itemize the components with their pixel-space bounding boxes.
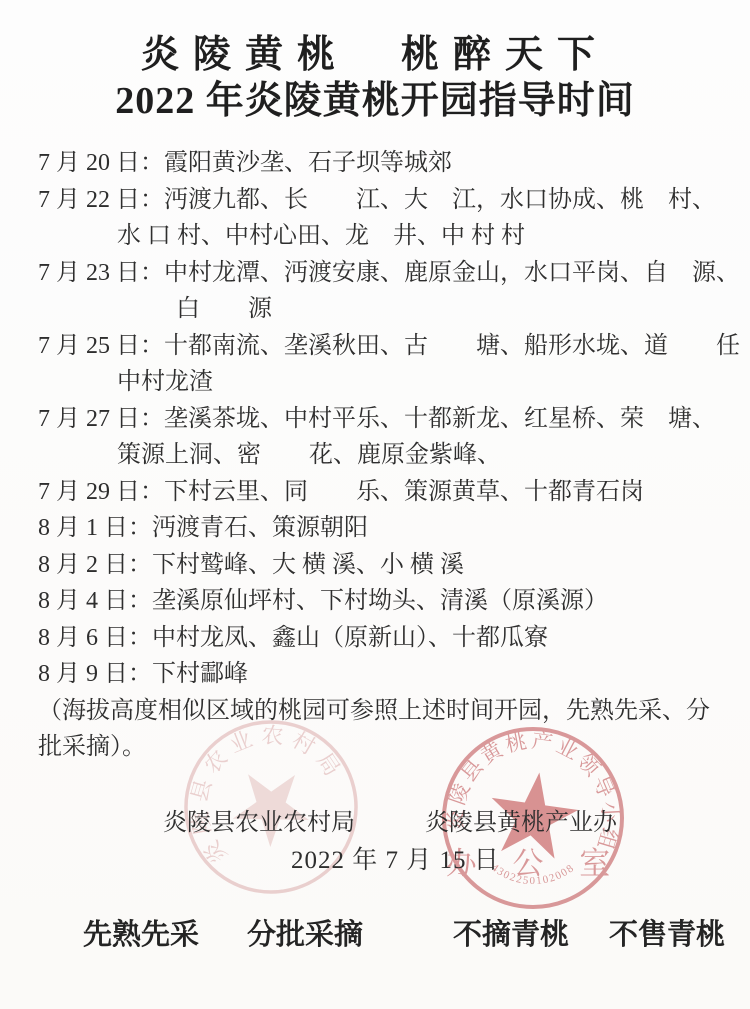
- slogan: 分批采摘: [247, 912, 363, 953]
- schedule-line: 7 月 23 日：中村龙潭、沔渡安康、鹿原金山，水口平岗、自 源、: [38, 255, 738, 292]
- schedule-line: 7 月 25 日：十都南流、垄溪秋田、古 塘、船形水垅、道 任: [38, 328, 738, 365]
- signature-peach-industry-office: 炎陵县黄桃产业办: [425, 802, 617, 837]
- schedule-line: 7 月 20 日：霞阳黄沙垄、石子坝等城郊: [38, 145, 738, 182]
- schedule-line-continuation: 策源上洞、密 花、鹿原金紫峰、: [38, 437, 738, 474]
- schedule-line: 8 月 2 日：下村鹫峰、大 横 溪、小 横 溪: [38, 547, 738, 584]
- schedule-line: 7 月 27 日：垄溪茶垅、中村平乐、十都新龙、红星桥、荣 塘、: [38, 401, 738, 438]
- signature-agriculture-bureau: 炎陵县农业农村局: [163, 802, 355, 837]
- svg-text:4302250102008: 4302250102008: [489, 862, 577, 887]
- schedule-line-continuation: 白 源: [38, 291, 738, 328]
- schedule-line: 8 月 9 日：下村酃峰: [38, 656, 738, 693]
- seal-code-text: 4302250102008: [489, 862, 577, 887]
- slogan: 先熟先采: [83, 912, 199, 953]
- slogan-row: 先熟先采 分批采摘 不摘青桃 不售青桃: [83, 912, 725, 953]
- schedule-line-continuation: 中村龙渣: [38, 364, 738, 401]
- schedule-line-continuation: 水 口 村、中村心田、龙 井、中 村 村: [38, 218, 738, 255]
- note-line: （海拔高度相似区域的桃园可参照上述时间开园，先熟先采、分: [38, 693, 738, 730]
- schedule-body: 7 月 20 日：霞阳黄沙垄、石子坝等城郊 7 月 22 日：沔渡九都、长 江、…: [38, 145, 738, 766]
- slogan: 不售青桃: [609, 912, 725, 953]
- title-line-2: 2022 年炎陵黄桃开园指导时间: [0, 78, 750, 124]
- schedule-line: 7 月 29 日：下村云里、同 乐、策源黄草、十都青石岗: [38, 474, 738, 511]
- document-date: 2022 年 7 月 15 日: [291, 840, 500, 876]
- schedule-line: 8 月 4 日：垄溪原仙坪村、下村坳头、清溪（原溪源）: [38, 583, 738, 620]
- schedule-line: 8 月 1 日：沔渡青石、策源朝阳: [38, 510, 738, 547]
- title-line-1: 炎陵黄桃 桃醉天下: [0, 32, 750, 78]
- slogan: 不摘青桃: [453, 912, 569, 953]
- schedule-line: 8 月 6 日：中村龙凤、鑫山（原新山）、十都瓜寮: [38, 620, 738, 657]
- schedule-line: 7 月 22 日：沔渡九都、长 江、大 江，水口协成、桃 村、: [38, 182, 738, 219]
- document-title: 炎陵黄桃 桃醉天下 2022 年炎陵黄桃开园指导时间: [0, 32, 750, 124]
- document-page: 炎陵黄桃 桃醉天下 2022 年炎陵黄桃开园指导时间 7 月 20 日：霞阳黄沙…: [0, 0, 750, 1009]
- note-line: 批采摘）。: [38, 729, 738, 766]
- note-paragraph: （海拔高度相似区域的桃园可参照上述时间开园，先熟先采、分 批采摘）。: [38, 693, 738, 766]
